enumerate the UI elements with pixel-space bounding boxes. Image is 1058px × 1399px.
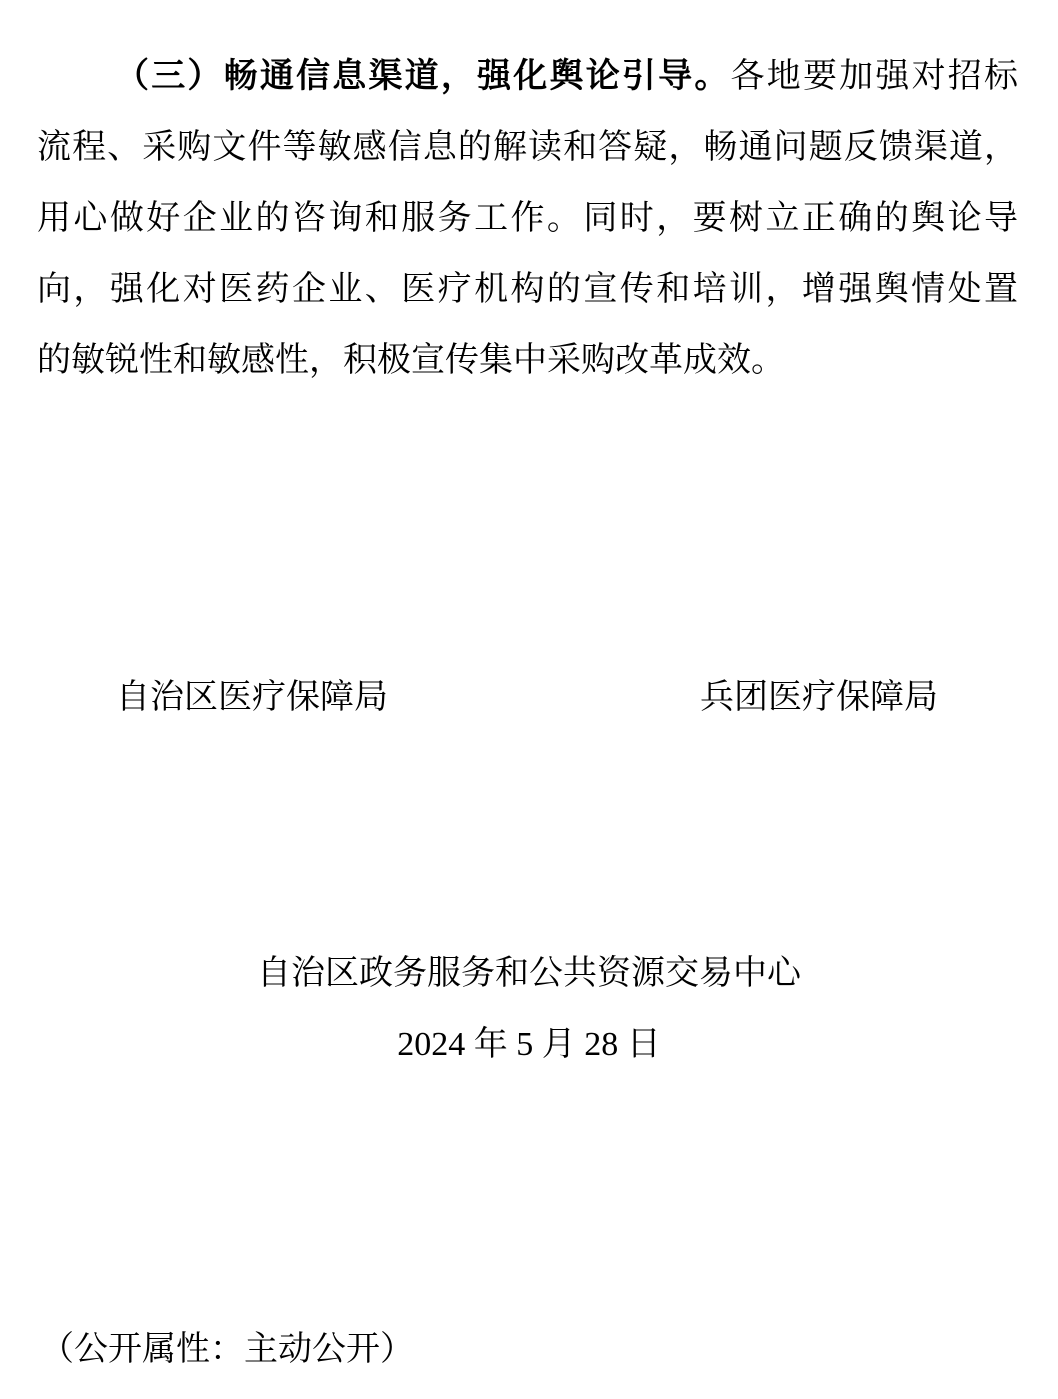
paragraph-line-3: 用心做好企业的咨询和服务工作。同时，要树立正确的舆论导 [37, 183, 1018, 254]
signature-left-agency: 自治区医疗保障局 [116, 676, 388, 720]
paragraph-line-5: 的敏锐性和敏感性，积极宣传集中采购改革成效。 [37, 325, 1018, 396]
signature-right-agency: 兵团医疗保障局 [700, 676, 938, 720]
paragraph-line-4: 向，强化对医药企业、医疗机构的宣传和培训，增强舆情处置 [37, 254, 1018, 325]
document-page: （三）畅通信息渠道，强化舆论引导。各地要加强对招标 流程、采购文件等敏感信息的解… [0, 0, 1058, 1399]
section-heading: （三）畅通信息渠道，强化舆论引导。 [115, 58, 731, 95]
issuer-name: 自治区政务服务和公共资源交易中心 [0, 952, 1058, 996]
issue-date: 2024 年 5 月 28 日 [0, 1023, 1058, 1067]
paragraph-line-1-text: 各地要加强对招标 [731, 58, 1018, 95]
paragraph-line-2: 流程、采购文件等敏感信息的解读和答疑，畅通问题反馈渠道， [37, 112, 1018, 183]
publicity-attribute-note: （公开属性：主动公开） [40, 1328, 414, 1372]
signature-row: 自治区医疗保障局 兵团医疗保障局 [0, 676, 1058, 720]
paragraph-line-1: （三）畅通信息渠道，强化舆论引导。各地要加强对招标 [37, 41, 1018, 112]
body-paragraph: （三）畅通信息渠道，强化舆论引导。各地要加强对招标 流程、采购文件等敏感信息的解… [37, 41, 1018, 396]
